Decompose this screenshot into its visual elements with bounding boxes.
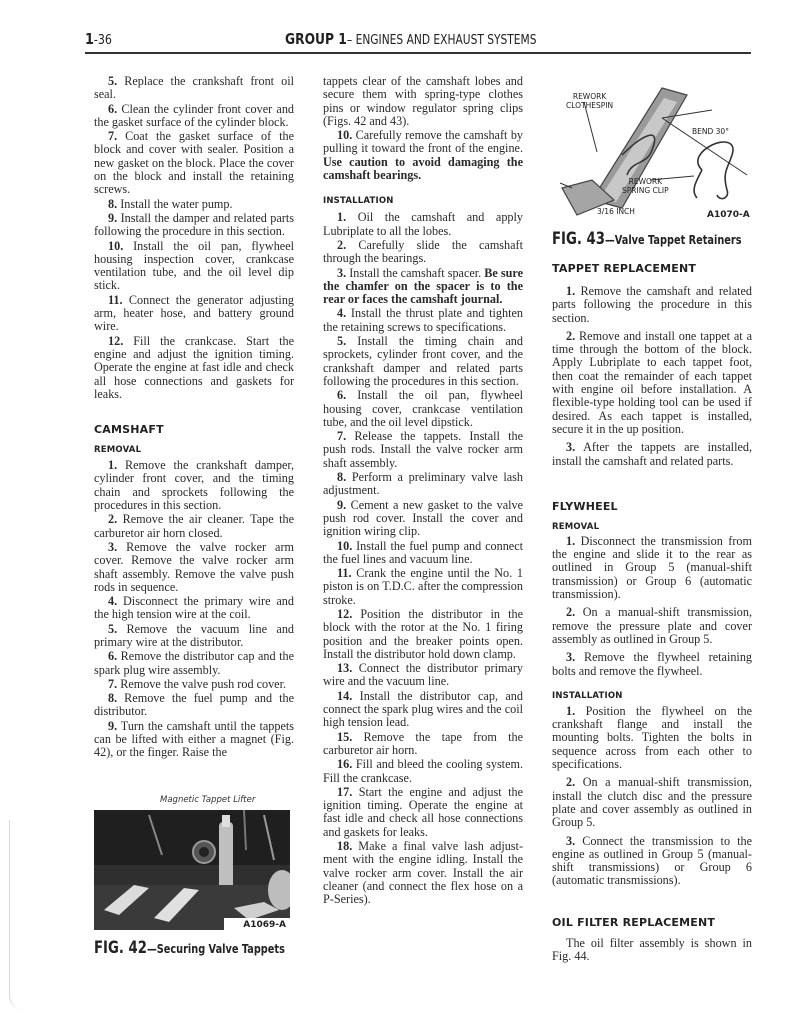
step-continued: tappets clear of the camshaft lobes and … — [323, 75, 523, 128]
step: 2. Carefully slide the camshaft through … — [323, 239, 523, 266]
step: 10. Install the fuel pump and con­nect t… — [323, 540, 523, 567]
step: 18. Make a final valve lash adjust­ment … — [323, 840, 523, 906]
step: 6. Install the oil pan, flywheel housing… — [323, 389, 523, 429]
step: 3. Remove the flywheel retaining bolts a… — [552, 651, 752, 678]
step: 3. Connect the transmission to the engin… — [552, 835, 752, 888]
figure-43-id: A1070-A — [707, 210, 750, 220]
page-number: 1-36 — [85, 30, 112, 48]
page-edge — [9, 820, 24, 1010]
column-1: 5. Replace the crankshaft front oil seal… — [94, 75, 294, 761]
step: 3. Remove the valve rocker arm cover. Re… — [94, 541, 294, 594]
figure-43-number: FIG. 43 — [552, 229, 605, 249]
step: 14. Install the distributor cap, and con… — [323, 690, 523, 730]
step: 12. Fill the crankcase. Start the engine… — [94, 335, 294, 401]
figure-42-number: FIG. 42 — [94, 938, 147, 958]
step: 10. Carefully remove the camshaft by pul… — [323, 129, 523, 182]
figure-43-caption: FIG. 43—Valve Tappet Retainers — [552, 229, 742, 249]
label-rework-clothespin: REWORKCLOTHESPIN — [566, 92, 613, 110]
step: 7. Coat the gasket surface of the block … — [94, 130, 294, 196]
step: 11. Crank the engine until the No. 1 pis… — [323, 567, 523, 607]
step: 15. Remove the tape from the carburetor … — [323, 731, 523, 758]
step: 2. On a manual-shift transmission, insta… — [552, 776, 752, 829]
label-bend: BEND 30° — [692, 127, 729, 136]
step: 2. Remove the air cleaner. Tape the carb… — [94, 513, 294, 540]
subheading-flywheel-removal: REMOVAL — [552, 522, 752, 532]
figure-42-caption: FIG. 42—Securing Valve Tappets — [94, 938, 285, 958]
step: 8. Install the water pump. — [94, 198, 294, 211]
label-dimension: 3/16 INCH — [597, 207, 635, 216]
group-title: – ENGINES AND EXHAUST SYSTEMS — [347, 33, 537, 48]
step: 1. Remove the crankshaft damper, cylinde… — [94, 459, 294, 512]
step: 13. Connect the distributor pri­mary wir… — [323, 662, 523, 689]
step: 9. Cement a new gasket to the valve push… — [323, 499, 523, 539]
section-heading-oil-filter: OIL FILTER REPLACEMENT — [552, 916, 752, 929]
step: 17. Start the engine and adjust the igni… — [323, 786, 523, 839]
figure-43-illustration: REWORKCLOTHESPIN BEND 30° REWORKSPRING C… — [552, 80, 752, 225]
step: 10. Install the oil pan, flywheel housin… — [94, 240, 294, 293]
step: 5. Replace the crankshaft front oil seal… — [94, 75, 294, 102]
step: 1. Remove the camshaft and re­lated part… — [552, 285, 752, 325]
step: 3. After the tappets are installed, inst… — [552, 441, 752, 468]
step: 6. Clean the cylinder front cover and th… — [94, 103, 294, 130]
running-title: GROUP 1– ENGINES AND EXHAUST SYSTEMS — [285, 30, 537, 48]
figure-42-callout: Magnetic Tappet Lifter — [160, 795, 255, 805]
paragraph-oil-filter: The oil filter assembly is shown in Fig.… — [552, 937, 752, 964]
step: 3. Install the camshaft spacer. Be sure … — [323, 267, 523, 307]
section-heading-camshaft: CAMSHAFT — [94, 423, 294, 436]
step: 2. On a manual-shift transmission, remov… — [552, 606, 752, 646]
step: 7. Release the tappets. Install the push… — [323, 430, 523, 470]
step: 4. Install the thrust plate and tighten … — [323, 307, 523, 334]
figure-42-photo: A1069-A — [94, 810, 290, 930]
step: 5. Install the timing chain and sprocket… — [323, 335, 523, 388]
step: 1. Oil the camshaft and apply Lubriplate… — [323, 211, 523, 238]
step: 4. Disconnect the primary wire and the h… — [94, 595, 294, 622]
subheading-flywheel-installation: INSTALLATION — [552, 691, 752, 701]
figure-42-id: A1069-A — [243, 920, 286, 930]
subheading-installation: INSTALLATION — [323, 196, 523, 206]
label-rework-spring-clip: REWORKSPRING CLIP — [622, 177, 669, 195]
figure-43-title: —Valve Tappet Retainers — [605, 232, 742, 247]
step: 9. Install the damper and related parts … — [94, 212, 294, 239]
step: 12. Position the distributor in the bloc… — [323, 608, 523, 661]
step: 7. Remove the valve push rod cover. — [94, 678, 294, 691]
figure-42-title: —Securing Valve Tappets — [147, 941, 285, 956]
subheading-removal: REMOVAL — [94, 445, 294, 455]
section-heading-tappet-replacement: TAPPET REPLACEMENT — [552, 262, 752, 275]
page-header: 1-36 GROUP 1– ENGINES AND EXHAUST SYSTEM… — [85, 30, 751, 54]
step: 5. Remove the vacuum line and primary wi… — [94, 623, 294, 650]
group-label: GROUP 1 — [285, 30, 347, 48]
step: 6. Remove the distributor cap and the sp… — [94, 650, 294, 677]
step: 1. Position the flywheel on the cranksha… — [552, 705, 752, 771]
step: 1. Disconnect the transmission from the … — [552, 535, 752, 601]
step: 8. Remove the fuel pump and the distribu… — [94, 692, 294, 719]
step: 2. Remove and install one tappet at a ti… — [552, 330, 752, 436]
section-heading-flywheel: FLYWHEEL — [552, 500, 752, 513]
page-number-minor: -36 — [94, 33, 112, 48]
step: 16. Fill and bleed the cooling sys­tem. … — [323, 758, 523, 785]
column-3: TAPPET REPLACEMENT 1. Remove the camshaf… — [552, 262, 752, 964]
caution-text: Use caution to avoid damag­ing the camsh… — [323, 155, 523, 182]
step: 9. Turn the camshaft until the tap­pets … — [94, 720, 294, 760]
step: 8. Perform a preliminary valve lash adju… — [323, 471, 523, 498]
column-2: tappets clear of the camshaft lobes and … — [323, 75, 523, 908]
step: 11. Connect the generator adjust­ing arm… — [94, 294, 294, 334]
tappet-lifter-photo-icon — [94, 810, 290, 930]
